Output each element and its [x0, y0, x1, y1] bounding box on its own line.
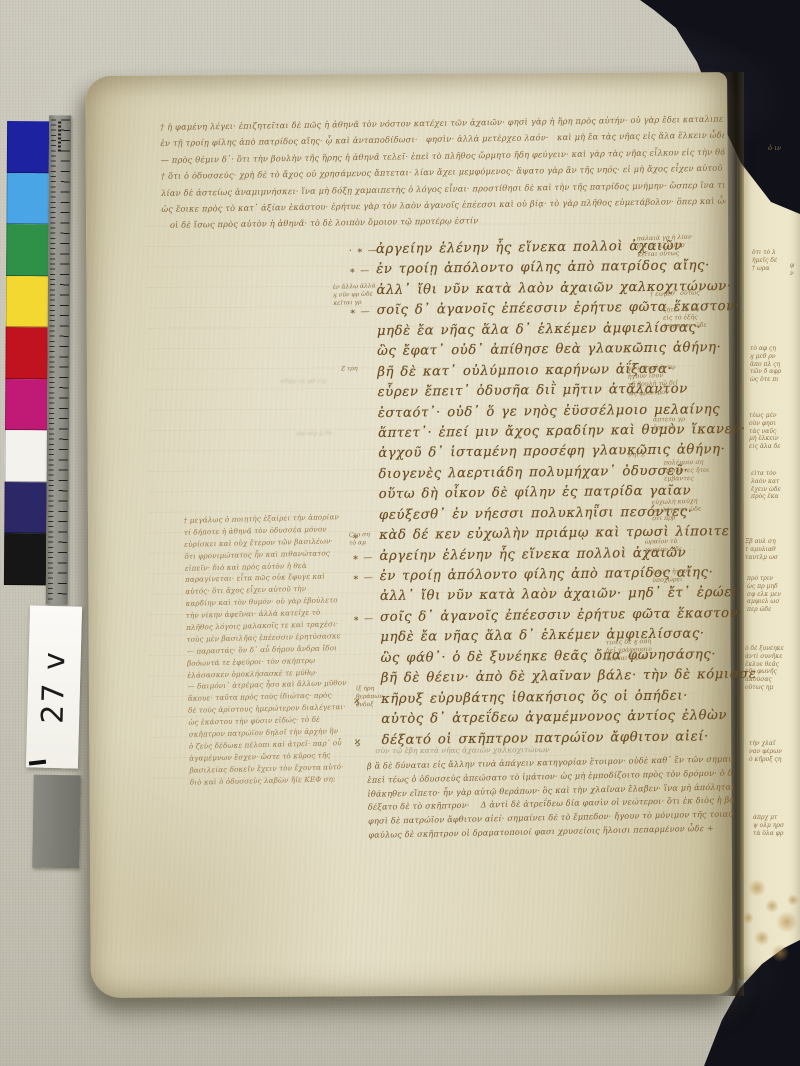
- swatch-black: [4, 533, 46, 585]
- left-scholia-block: † μεγάλως ὁ ποιητὴς ἐξαίρει τὴν ἀπορίαντ…: [183, 511, 355, 788]
- ruler: [46, 115, 71, 604]
- verse-marker: ∗ —: [350, 302, 377, 323]
- folio-label-text: 27 v: [36, 650, 73, 724]
- top-scholia-block: † ἡ φαμένη λέγει· ἐπιζητεῖται δὲ πῶς ἡ ἀ…: [160, 111, 726, 234]
- verse-marker: ∗ —: [349, 261, 376, 282]
- color-bar: [4, 121, 49, 585]
- verse-marker: ∗ —: [352, 548, 379, 569]
- swatch-light-blue: [6, 173, 48, 225]
- grey-scale-patch: [32, 775, 81, 869]
- swatch-white: [5, 430, 47, 482]
- verse-marker: ϗ: [354, 691, 381, 712]
- swatch-magenta: [5, 379, 47, 431]
- swatch-green: [6, 224, 48, 276]
- swatch-dark-violet: [4, 482, 46, 534]
- folio-label: 27 v: [26, 605, 82, 768]
- swatch-yellow: [6, 276, 48, 328]
- swatch-dark-blue: [7, 121, 49, 173]
- manuscript-photograph: † ἡ φαμένη λέγει· ἐπιζητεῖται δὲ πῶς ἡ ἀ…: [0, 0, 800, 1066]
- swatch-red: [5, 327, 47, 379]
- verse-marker: ∗ —: [353, 568, 380, 589]
- verse-text: βῆ δὲ θέειν· ἀπὸ δὲ χλαῖναν βάλε· τὴν δὲ…: [381, 665, 757, 690]
- label-ink-mark: [29, 760, 46, 766]
- main-text-block: · ∗ —ἀργείην ἑλένην ἧς εἵνεκα πολλοὶ ἀχα…: [349, 236, 727, 751]
- verse-marker: · ∗ —: [349, 241, 376, 262]
- manuscript-page-27v: † ἡ φαμένη λέγει· ἐπιζητεῖται δὲ πῶς ἡ ἀ…: [85, 72, 733, 998]
- verse-marker: ∗ —: [353, 609, 380, 630]
- ruler-lettering: [58, 121, 61, 153]
- bottom-scholia-block: β ἃ δὲ δύναται εἰς ἄλλην τινὰ ἀπάγειν κα…: [367, 752, 735, 842]
- verse-marker: ∗: [352, 527, 379, 548]
